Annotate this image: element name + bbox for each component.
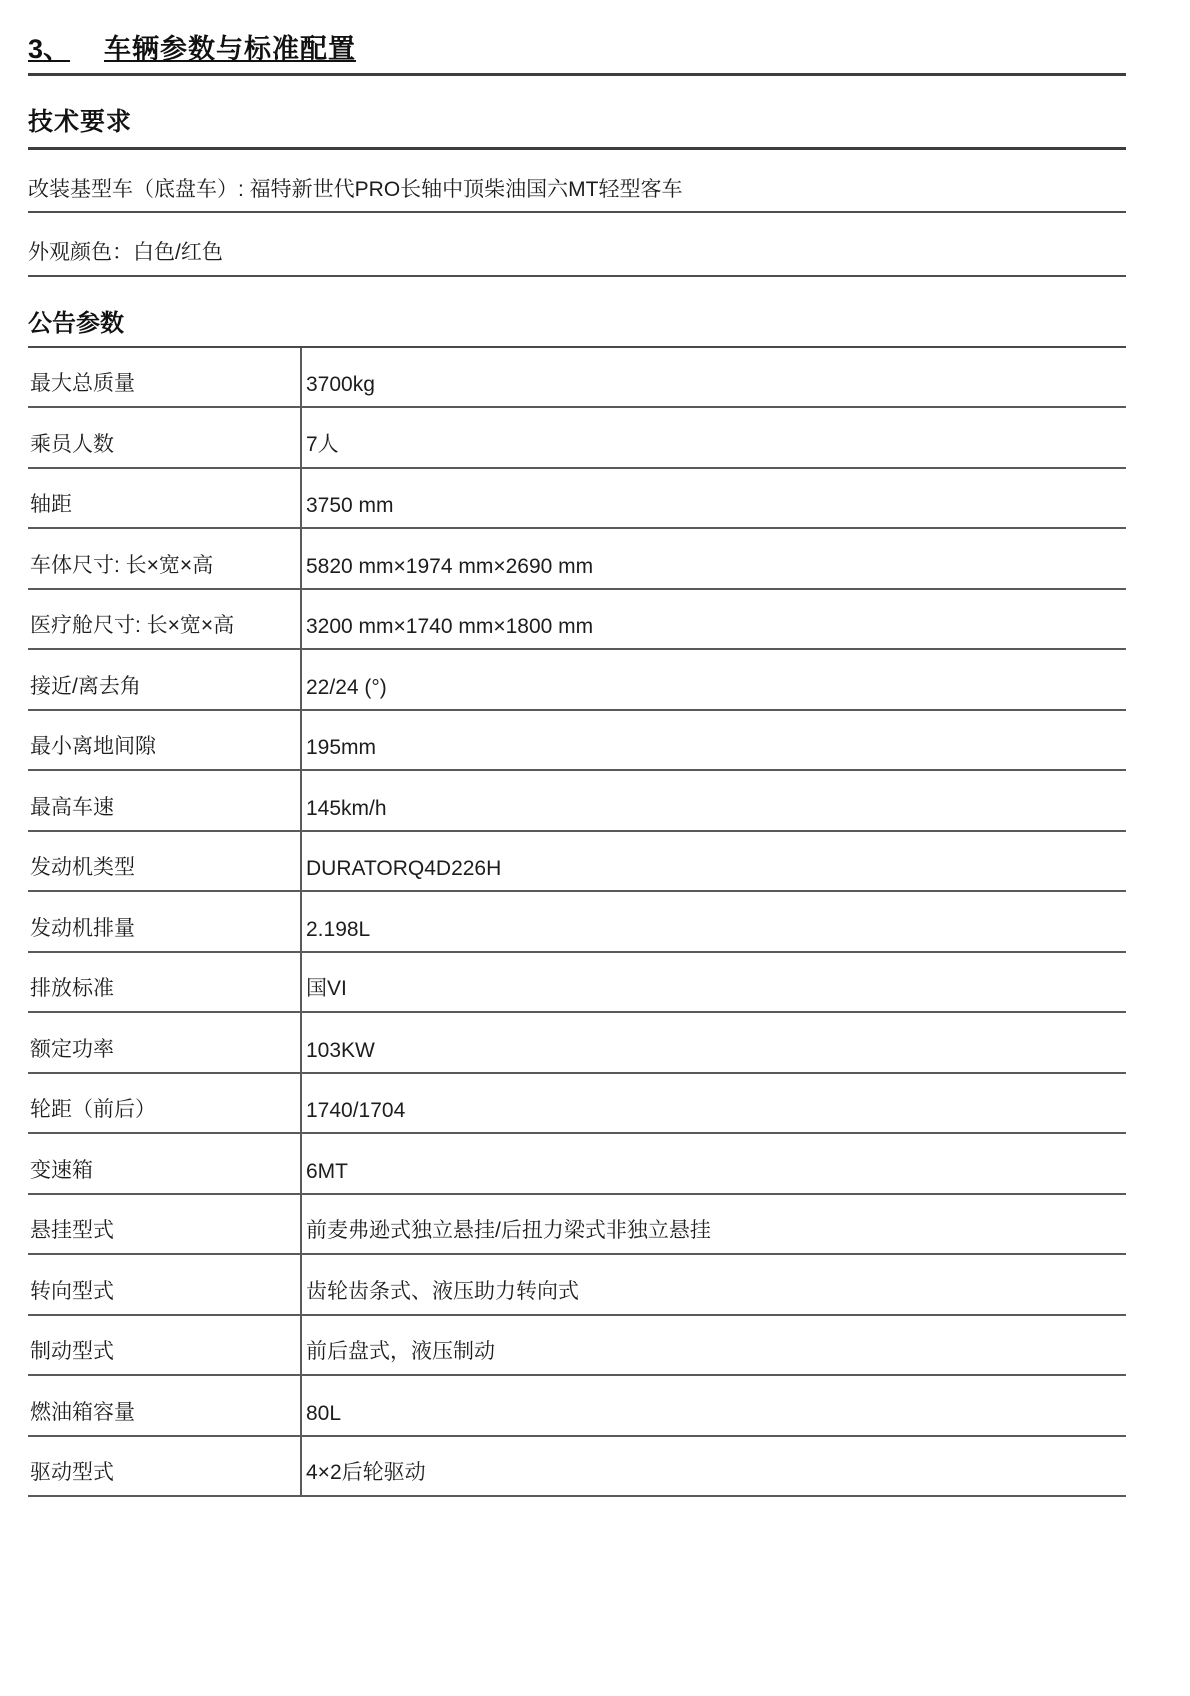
row-label: 发动机类型 bbox=[28, 832, 302, 891]
row-label: 排放标准 bbox=[28, 953, 302, 1012]
table-row: 轮距（前后） 1740/1704 bbox=[28, 1074, 1126, 1135]
table-row: 接近/离去角 22/24 (°) bbox=[28, 650, 1126, 711]
row-value: 145km/h bbox=[302, 771, 1126, 830]
row-value: DURATORQ4D226H bbox=[302, 832, 1126, 891]
row-label: 额定功率 bbox=[28, 1013, 302, 1072]
table-row: 最大总质量 3700kg bbox=[28, 348, 1126, 409]
row-value: 前麦弗逊式独立悬挂/后扭力梁式非独立悬挂 bbox=[302, 1195, 1126, 1254]
row-label: 变速箱 bbox=[28, 1134, 302, 1193]
row-label: 燃油箱容量 bbox=[28, 1376, 302, 1435]
row-label: 最大总质量 bbox=[28, 348, 302, 407]
row-value: 前后盘式，液压制动 bbox=[302, 1316, 1126, 1375]
table-row: 制动型式 前后盘式，液压制动 bbox=[28, 1316, 1126, 1377]
table-row: 医疗舱尺寸: 长×宽×高 3200 mm×1740 mm×1800 mm bbox=[28, 590, 1126, 651]
row-value: 1740/1704 bbox=[302, 1074, 1126, 1133]
row-value: 国VI bbox=[302, 953, 1126, 1012]
table-row: 驱动型式 4×2后轮驱动 bbox=[28, 1437, 1126, 1498]
table-heading-announcement-params: 公告参数 bbox=[28, 303, 1126, 346]
table-row: 变速箱 6MT bbox=[28, 1134, 1126, 1195]
table-row: 最高车速 145km/h bbox=[28, 771, 1126, 832]
table-row: 最小离地间隙 195mm bbox=[28, 711, 1126, 772]
row-value: 80L bbox=[302, 1376, 1126, 1435]
row-label: 制动型式 bbox=[28, 1316, 302, 1375]
row-label: 轮距（前后） bbox=[28, 1074, 302, 1133]
section-heading-tech-requirements: 技术要求 bbox=[28, 102, 1126, 150]
table-row: 轴距 3750 mm bbox=[28, 469, 1126, 530]
row-label: 车体尺寸: 长×宽×高 bbox=[28, 529, 302, 588]
row-value: 7人 bbox=[302, 408, 1126, 467]
row-label: 驱动型式 bbox=[28, 1437, 302, 1496]
table-row: 排放标准 国VI bbox=[28, 953, 1126, 1014]
table-row: 悬挂型式 前麦弗逊式独立悬挂/后扭力梁式非独立悬挂 bbox=[28, 1195, 1126, 1256]
row-label: 最高车速 bbox=[28, 771, 302, 830]
row-value: 4×2后轮驱动 bbox=[302, 1437, 1126, 1496]
page-title: 3、 车辆参数与标准配置 bbox=[28, 27, 1126, 76]
row-label: 乘员人数 bbox=[28, 408, 302, 467]
document-page: 3、 车辆参数与标准配置 技术要求 改装基型车（底盘车）: 福特新世代PRO长轴… bbox=[0, 0, 1190, 1696]
row-value: 5820 mm×1974 mm×2690 mm bbox=[302, 529, 1126, 588]
row-value: 22/24 (°) bbox=[302, 650, 1126, 709]
row-label: 最小离地间隙 bbox=[28, 711, 302, 770]
row-value: 齿轮齿条式、液压助力转向式 bbox=[302, 1255, 1126, 1314]
spec-table: 最大总质量 3700kg 乘员人数 7人 轴距 3750 mm 车体尺寸: 长×… bbox=[28, 346, 1126, 1498]
row-label: 转向型式 bbox=[28, 1255, 302, 1314]
row-label: 悬挂型式 bbox=[28, 1195, 302, 1254]
table-row: 车体尺寸: 长×宽×高 5820 mm×1974 mm×2690 mm bbox=[28, 529, 1126, 590]
page-title-number: 3、 bbox=[28, 27, 104, 66]
row-value: 6MT bbox=[302, 1134, 1126, 1193]
table-row: 转向型式 齿轮齿条式、液压助力转向式 bbox=[28, 1255, 1126, 1316]
table-row: 乘员人数 7人 bbox=[28, 408, 1126, 469]
row-value: 3700kg bbox=[302, 348, 1126, 407]
row-label: 轴距 bbox=[28, 469, 302, 528]
row-value: 3200 mm×1740 mm×1800 mm bbox=[302, 590, 1126, 649]
row-value: 103KW bbox=[302, 1013, 1126, 1072]
requirement-base-vehicle: 改装基型车（底盘车）: 福特新世代PRO长轴中顶柴油国六MT轻型客车 bbox=[28, 176, 1126, 213]
row-value: 195mm bbox=[302, 711, 1126, 770]
table-row: 发动机类型 DURATORQ4D226H bbox=[28, 832, 1126, 893]
requirement-exterior-color: 外观颜色：白色/红色 bbox=[28, 239, 1126, 276]
row-label: 医疗舱尺寸: 长×宽×高 bbox=[28, 590, 302, 649]
table-row: 发动机排量 2.198L bbox=[28, 892, 1126, 953]
row-label: 接近/离去角 bbox=[28, 650, 302, 709]
page-title-text: 车辆参数与标准配置 bbox=[104, 27, 356, 66]
row-label: 发动机排量 bbox=[28, 892, 302, 951]
row-value: 2.198L bbox=[302, 892, 1126, 951]
table-row: 燃油箱容量 80L bbox=[28, 1376, 1126, 1437]
table-row: 额定功率 103KW bbox=[28, 1013, 1126, 1074]
row-value: 3750 mm bbox=[302, 469, 1126, 528]
